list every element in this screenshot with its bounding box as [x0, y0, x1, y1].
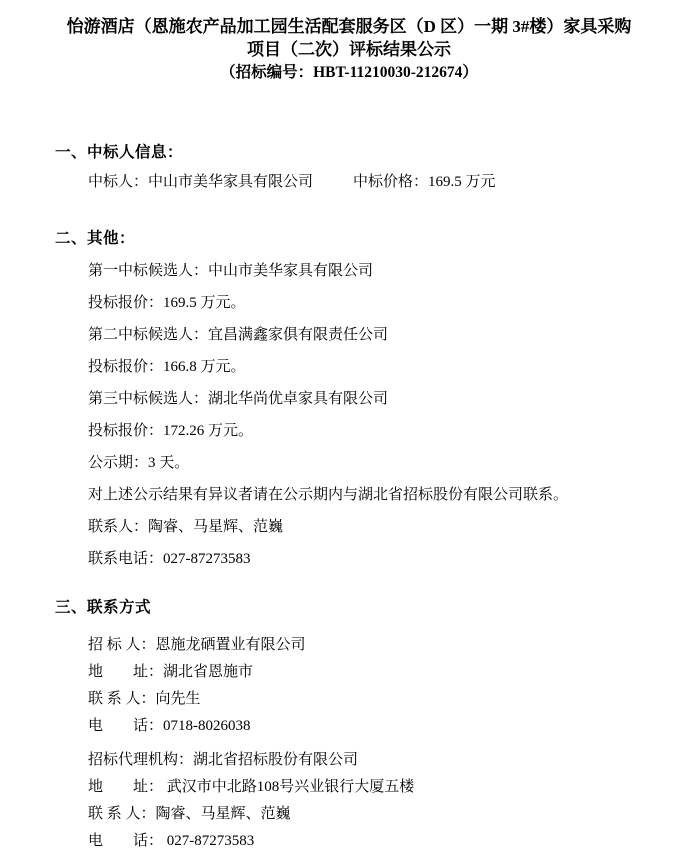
section2-heading: 二、其他： [55, 229, 698, 249]
agency-phone-line: 电 话： 027-87273583 [88, 828, 698, 854]
second-candidate-price-line: 投标报价：166.8 万元。 [88, 351, 698, 383]
tenderer-phone-line: 电 话：0718-8026038 [88, 713, 698, 740]
contact-person-line: 联系人：陶睿、马星辉、范巍 [88, 511, 698, 543]
agency-name-line: 招标代理机构：湖北省招标股份有限公司 [88, 747, 698, 774]
document-title: 怡游酒店（恩施农产品加工园生活配套服务区（D 区）一期 3#楼）家具采购 项目（… [0, 0, 698, 84]
contact-phone-line: 联系电话：027-87273583 [88, 543, 698, 575]
section2-body: 第一中标候选人：中山市美华家具有限公司 投标报价：169.5 万元。 第二中标候… [88, 255, 698, 575]
first-candidate-price-line: 投标报价：169.5 万元。 [88, 287, 698, 319]
winner-name: 中山市美华家具有限公司 [148, 174, 313, 190]
third-candidate-line: 第三中标候选人：湖北华尚优卓家具有限公司 [88, 383, 698, 415]
publicity-period-line: 公示期：3 天。 [88, 447, 698, 479]
agency-contact-block: 招标代理机构：湖北省招标股份有限公司 地 址： 武汉市中北路108号兴业银行大厦… [88, 747, 698, 854]
price-value: 169.5 万元 [428, 174, 496, 190]
winner-info-line: 中标人：中山市美华家具有限公司中标价格：169.5 万元 [88, 172, 698, 192]
tenderer-name-line: 招 标 人：恩施龙硒置业有限公司 [88, 632, 698, 659]
objection-notice-line: 对上述公示结果有异议者请在公示期内与湖北省招标股份有限公司联系。 [88, 479, 698, 511]
document-page: 怡游酒店（恩施农产品加工园生活配套服务区（D 区）一期 3#楼）家具采购 项目（… [0, 0, 698, 854]
section3-heading: 三、联系方式 [55, 598, 698, 618]
tenderer-contact-block: 招 标 人：恩施龙硒置业有限公司 地 址：湖北省恩施市 联 系 人：向先生 电 … [88, 632, 698, 740]
first-candidate-line: 第一中标候选人：中山市美华家具有限公司 [88, 255, 698, 287]
section1-heading: 一、中标人信息： [55, 143, 698, 163]
second-candidate-line: 第二中标候选人：宜昌满鑫家俱有限责任公司 [88, 319, 698, 351]
winner-label: 中标人： [88, 174, 148, 190]
price-label: 中标价格： [353, 174, 428, 190]
tenderer-contact-line: 联 系 人：向先生 [88, 686, 698, 713]
agency-contact-line: 联 系 人：陶睿、马星辉、范巍 [88, 801, 698, 828]
tender-number: （招标编号：HBT-11210030-212674） [0, 61, 698, 84]
tenderer-address-line: 地 址：湖北省恩施市 [88, 659, 698, 686]
document-title-line1: 怡游酒店（恩施农产品加工园生活配套服务区（D 区）一期 3#楼）家具采购 [0, 15, 698, 38]
agency-address-line: 地 址： 武汉市中北路108号兴业银行大厦五楼 [88, 774, 698, 801]
document-title-line2: 项目（二次）评标结果公示 [0, 38, 698, 61]
third-candidate-price-line: 投标报价：172.26 万元。 [88, 415, 698, 447]
